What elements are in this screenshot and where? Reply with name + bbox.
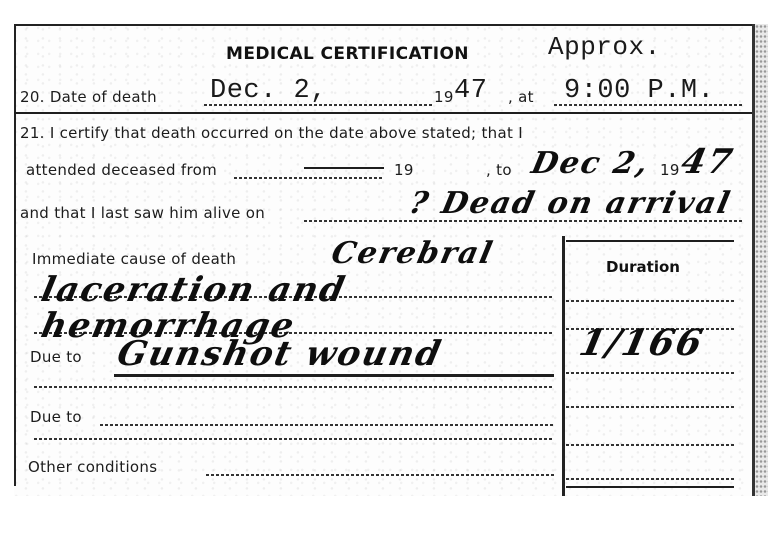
time-of-death-value: 9:00 P.M.: [564, 76, 714, 106]
attended-to-year: 47: [678, 142, 738, 182]
attended-from-dash: [304, 167, 384, 169]
last-seen-alive-value: ? Dead on arrival: [406, 186, 734, 221]
section-title: MEDICAL CERTIFICATION: [226, 44, 469, 64]
attended-from-label: attended deceased from: [26, 161, 217, 179]
year-prefix: 19: [434, 88, 454, 106]
certify-statement-line1: 21. I certify that death occurred on the…: [20, 124, 523, 142]
other-conditions-label: Other conditions: [28, 458, 157, 476]
due-to-2-underline: [100, 424, 554, 426]
scan-edge-noise: [755, 24, 768, 496]
duration-rule-6: [566, 478, 734, 480]
from-year-prefix: 19: [394, 161, 414, 179]
at-label: , at: [508, 88, 534, 106]
duration-box-bottom: [566, 486, 734, 488]
immediate-cause-line1: Cerebral: [328, 236, 497, 271]
year-of-death-value: 47: [454, 76, 487, 106]
to-label: , to: [486, 161, 512, 179]
date-of-death-underline: [204, 104, 434, 106]
date-of-death-label: 20. Date of death: [20, 88, 157, 106]
last-seen-alive-label: and that I last saw him alive on: [20, 204, 265, 222]
approx-stamp: Approx.: [548, 32, 661, 62]
immediate-cause-line2: laceration and: [38, 270, 350, 310]
cause-rule-4: [34, 438, 554, 440]
due-to-1-underline: [114, 374, 554, 377]
duration-rule-5: [566, 444, 734, 446]
due-to-1-value: Gunshot wound: [114, 334, 446, 374]
cause-rule-3: [34, 386, 554, 388]
duration-box-left-border: [562, 236, 565, 496]
to-year-prefix: 19: [660, 161, 680, 179]
immediate-cause-label: Immediate cause of death: [32, 250, 236, 268]
duration-rule-1: [566, 300, 734, 302]
medical-certification-form: MEDICAL CERTIFICATION Approx. 20. Date o…: [14, 24, 758, 496]
duration-header: Duration: [606, 258, 680, 276]
form-left-border: [14, 24, 16, 486]
duration-box-top: [566, 240, 734, 242]
blank-margin: [0, 496, 768, 558]
time-underline: [554, 104, 744, 106]
duration-due-to-1-value: 1/166: [576, 322, 708, 364]
duration-rule-3: [566, 372, 734, 374]
other-conditions-underline: [206, 474, 554, 476]
duration-rule-4: [566, 406, 734, 408]
form-top-border: [14, 24, 758, 26]
due-to-1-label: Due to: [30, 348, 82, 366]
date-of-death-value: Dec. 2,: [210, 76, 327, 106]
divider-20-21: [14, 112, 752, 114]
due-to-2-label: Due to: [30, 408, 82, 426]
attended-from-underline: [234, 177, 384, 179]
attended-to-date: Dec 2,: [528, 146, 653, 181]
